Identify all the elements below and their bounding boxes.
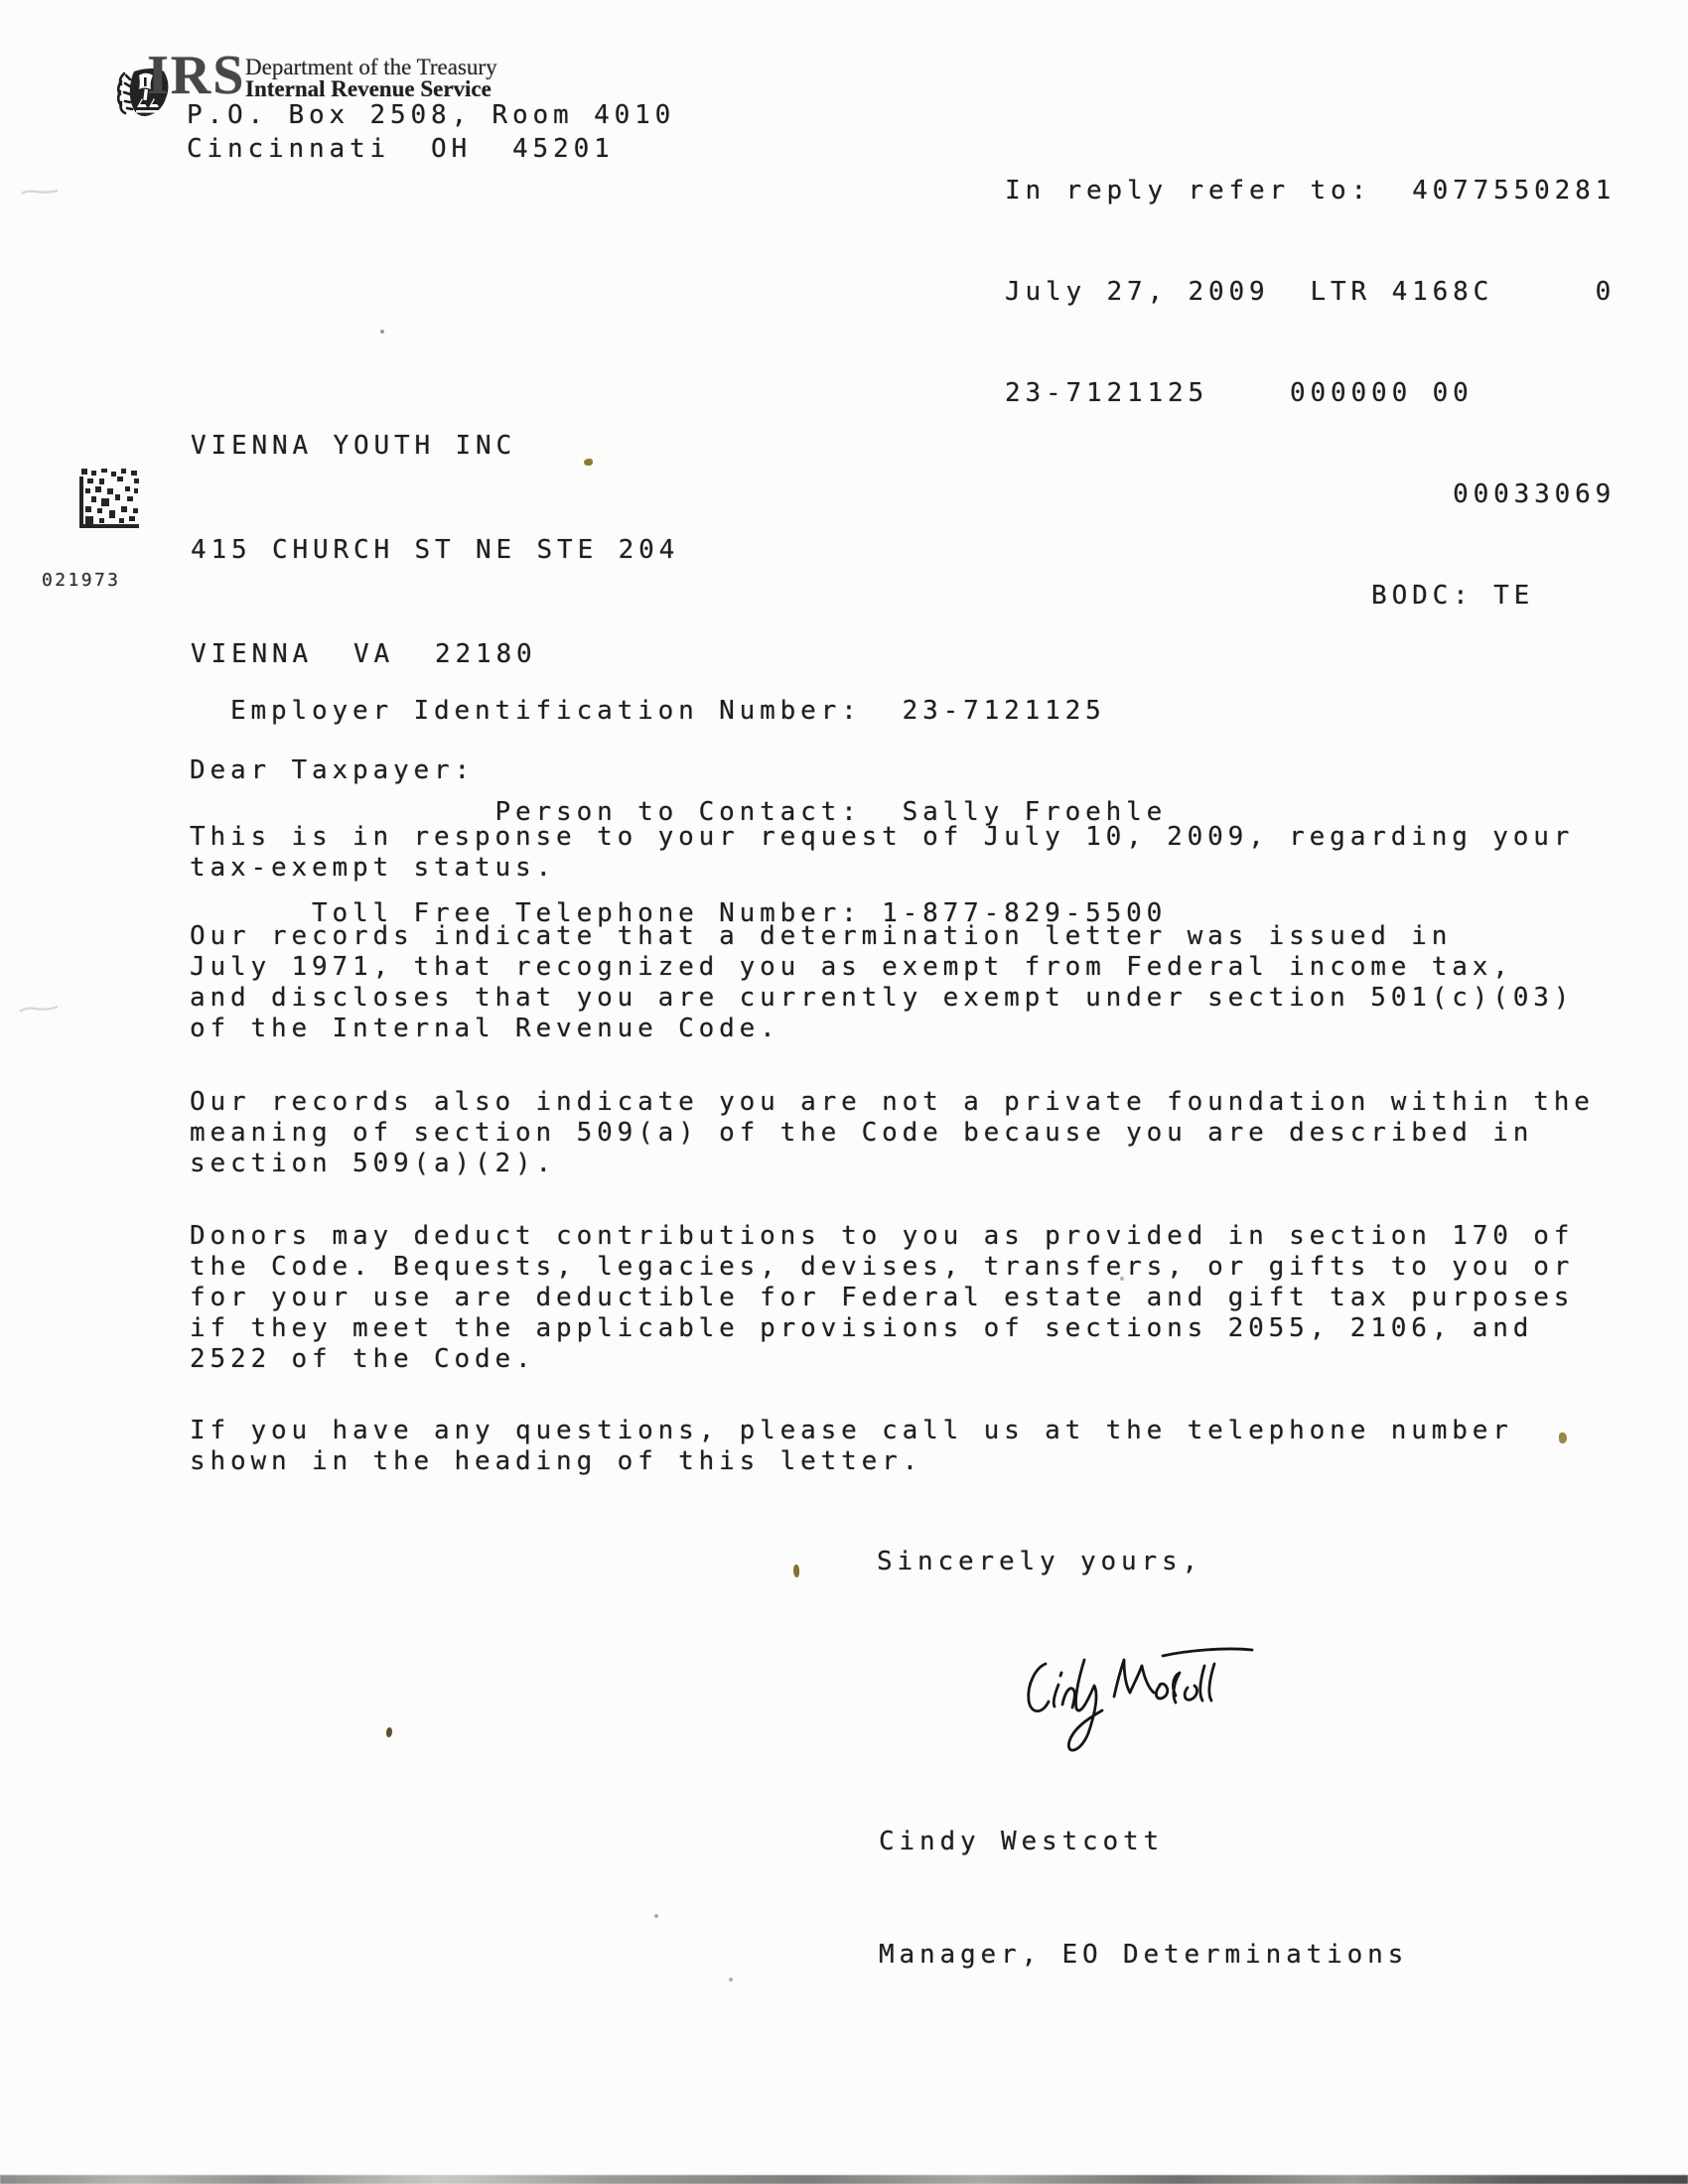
scan-speck (380, 330, 384, 334)
scan-speck (1120, 1277, 1124, 1281)
employer-identification-number-line: Employer Identification Number: 23-71211… (190, 694, 1167, 728)
date-letter-code-line: July 27, 2009 LTR 4168C 0 (1005, 275, 1616, 309)
body-paragraph-2: Our records indicate that a determinatio… (190, 921, 1574, 1044)
signer-name: Cindy Westcott (879, 1823, 1408, 1860)
scan-speck (584, 459, 593, 466)
scan-speck (1559, 1433, 1567, 1443)
signer-title: Manager, EO Determinations (879, 1936, 1408, 1974)
valediction: Sincerely yours, (877, 1547, 1202, 1577)
scan-speck (793, 1565, 799, 1577)
handwritten-signature (975, 1603, 1223, 1750)
body-paragraph-1: This is in response to your request of J… (190, 822, 1574, 884)
data-matrix-barcode-icon (39, 448, 102, 511)
salutation: Dear Taxpayer: (190, 755, 475, 786)
scan-speck (654, 1914, 658, 1918)
ein-dln-line: 23-7121125 000000 00 (1005, 376, 1616, 410)
recipient-name: VIENNA YOUTH INC (191, 429, 679, 464)
document-number-line: 00033069 (1005, 478, 1616, 511)
batch-number: 021973 (42, 570, 120, 591)
body-paragraph-5: If you have any questions, please call u… (190, 1416, 1513, 1477)
scanned-letter-page: IRS Department of the Treasury Internal … (0, 0, 1688, 2184)
recipient-street: 415 CHURCH ST NE STE 204 (191, 533, 679, 568)
return-address-line1: P.O. Box 2508, Room 4010 (187, 100, 675, 131)
scan-bottom-edge (0, 2175, 1688, 2184)
in-reply-refer-to-line: In reply refer to: 4077550281 (1005, 174, 1616, 207)
scan-speck (729, 1978, 733, 1981)
scan-speck (386, 1727, 392, 1737)
return-address-line2: Cincinnati OH 45201 (187, 134, 615, 165)
irs-eagle-logo-icon (77, 48, 139, 101)
bodc-line: BODC: TE (1005, 579, 1616, 613)
internal-revenue-service-line: Internal Revenue Service (245, 78, 492, 100)
body-paragraph-4: Donors may deduct contributions to you a… (190, 1221, 1574, 1375)
reference-block: In reply refer to: 4077550281 July 27, 2… (1005, 106, 1616, 680)
department-of-treasury-line: Department of the Treasury (245, 57, 497, 78)
irs-acronym: IRS (147, 52, 245, 99)
signature-block: Cindy Westcott Manager, EO Determination… (879, 1747, 1408, 2049)
body-paragraph-3: Our records also indicate you are not a … (190, 1087, 1595, 1179)
scan-squiggle-artifact (20, 184, 60, 198)
scan-squiggle-artifact (18, 1001, 60, 1017)
